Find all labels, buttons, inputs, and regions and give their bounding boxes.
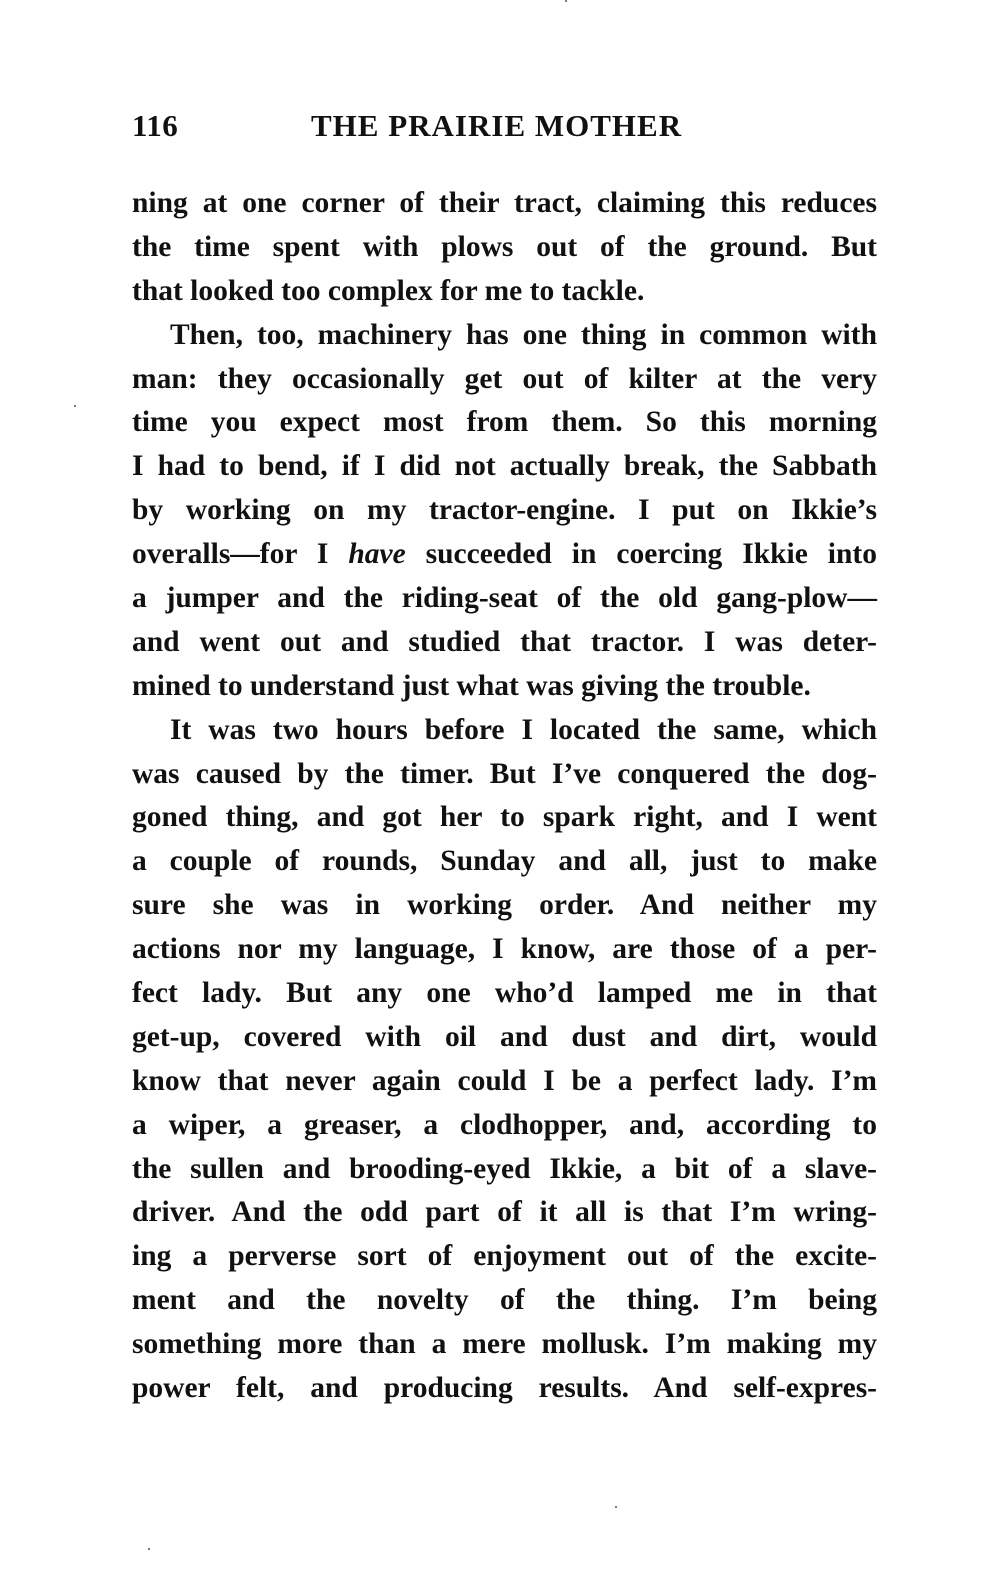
- scan-speck: [74, 405, 76, 407]
- text-line: a couple of rounds, Sunday and all, just…: [132, 840, 877, 884]
- text-line: I had to bend, if I did not actually bre…: [132, 445, 877, 489]
- text-line: ning at one corner of their tract, claim…: [132, 182, 877, 226]
- book-title: THE PRAIRIE MOTHER: [311, 108, 682, 144]
- scan-speck: [615, 1506, 617, 1508]
- body-text: ning at one corner of their tract, claim…: [132, 182, 877, 1411]
- text-line: time you expect most from them. So this …: [132, 401, 877, 445]
- text-line: sure she was in working order. And neith…: [132, 884, 877, 928]
- text-line: overalls—for I have succeeded in coercin…: [132, 533, 877, 577]
- text-line: a wiper, a greaser, a clodhopper, and, a…: [132, 1104, 877, 1148]
- text-line: fect lady. But any one who’d lamped me i…: [132, 972, 877, 1016]
- text-run: overalls—for I: [132, 538, 348, 570]
- text-line: power felt, and producing results. And s…: [132, 1367, 877, 1411]
- text-line: ing a perverse sort of enjoyment out of …: [132, 1235, 877, 1279]
- text-line: something more than a mere mollusk. I’m …: [132, 1323, 877, 1367]
- text-run: succeeded in coercing Ikkie into: [406, 538, 877, 570]
- book-page: 116 THE PRAIRIE MOTHER ning at one corne…: [0, 0, 1000, 1573]
- text-line: man: they occasionally get out of kilter…: [132, 358, 877, 402]
- text-line: a jumper and the riding-seat of the old …: [132, 577, 877, 621]
- page-number: 116: [132, 108, 178, 144]
- text-line: know that never again could I be a perfe…: [132, 1060, 877, 1104]
- text-line: driver. And the odd part of it all is th…: [132, 1191, 877, 1235]
- text-line: get-up, covered with oil and dust and di…: [132, 1016, 877, 1060]
- scan-speck: [148, 1548, 150, 1550]
- text-line: and went out and studied that tractor. I…: [132, 621, 877, 665]
- scan-speck: [565, 0, 567, 2]
- text-line: goned thing, and got her to spark right,…: [132, 796, 877, 840]
- text-line: was caused by the timer. But I’ve conque…: [132, 753, 877, 797]
- text-line: It was two hours before I located the sa…: [132, 709, 877, 753]
- text-line: Then, too, machinery has one thing in co…: [132, 314, 877, 358]
- italic-emphasis: have: [348, 538, 405, 570]
- text-line: mined to understand just what was giving…: [132, 665, 877, 709]
- text-line: the sullen and brooding-eyed Ikkie, a bi…: [132, 1148, 877, 1192]
- running-head: 116 THE PRAIRIE MOTHER: [132, 108, 877, 152]
- text-line: ment and the novelty of the thing. I’m b…: [132, 1279, 877, 1323]
- text-line: that looked too complex for me to tackle…: [132, 270, 877, 314]
- text-line: the time spent with plows out of the gro…: [132, 226, 877, 270]
- text-line: by working on my tractor-engine. I put o…: [132, 489, 877, 533]
- text-line: actions nor my language, I know, are tho…: [132, 928, 877, 972]
